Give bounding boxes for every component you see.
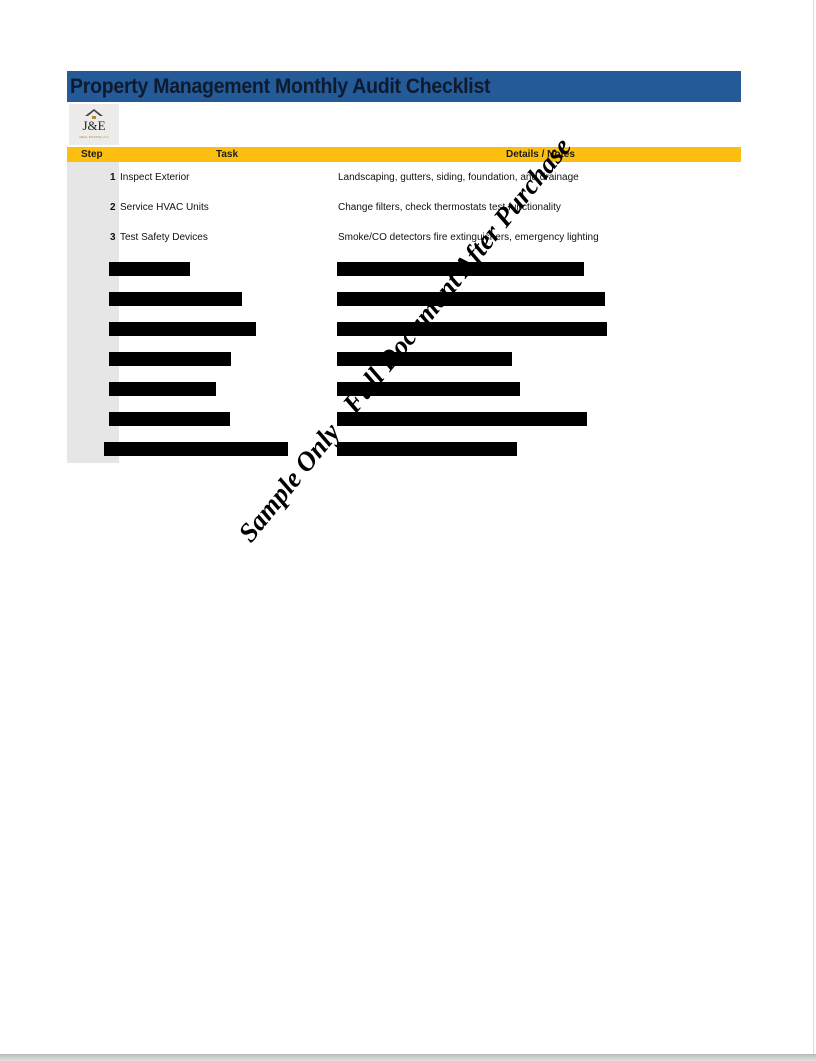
redacted-task [104, 442, 288, 456]
redacted-details [337, 262, 584, 276]
logo-brand: J&E [69, 118, 119, 134]
task-name: Test Safety Devices [120, 232, 208, 243]
table-header: Step Task Details / Notes [67, 147, 741, 162]
redacted-task [109, 262, 190, 276]
step-number: 1 [110, 172, 116, 183]
table-row: 1 Inspect Exterior Landscaping, gutters,… [0, 172, 816, 186]
task-name: Service HVAC Units [120, 202, 209, 213]
header-step: Step [81, 149, 103, 160]
redacted-task [109, 292, 242, 306]
redacted-details [337, 352, 512, 366]
sample-watermark: Sample Only - Full Document After Purcha… [232, 132, 577, 548]
task-details: Change filters, check thermostats test f… [338, 202, 561, 213]
company-logo: J&E REAL ESTATE LLC [69, 104, 119, 145]
redacted-task [109, 322, 256, 336]
task-details: Smoke/CO detectors fire extinguishers, e… [338, 232, 599, 243]
header-task: Task [216, 149, 238, 160]
redacted-details [337, 412, 587, 426]
redacted-task [109, 352, 231, 366]
redacted-task [109, 382, 216, 396]
step-number: 2 [110, 202, 116, 213]
redacted-task [109, 412, 230, 426]
redacted-details [337, 322, 607, 336]
header-details: Details / Notes [506, 149, 575, 160]
document-title: Property Management Monthly Audit Checkl… [70, 75, 490, 99]
redacted-details [337, 382, 520, 396]
task-name: Inspect Exterior [120, 172, 189, 183]
page-edge [813, 0, 814, 1054]
table-row: 3 Test Safety Devices Smoke/CO detectors… [0, 232, 816, 246]
table-row: 2 Service HVAC Units Change filters, che… [0, 202, 816, 216]
step-number: 3 [110, 232, 116, 243]
title-bar: Property Management Monthly Audit Checkl… [67, 71, 741, 102]
page-bottom-shadow [0, 1054, 816, 1061]
house-roof-icon [85, 109, 103, 116]
task-details: Landscaping, gutters, siding, foundation… [338, 172, 579, 183]
redacted-details [337, 292, 605, 306]
redacted-details [337, 442, 517, 456]
logo-subtitle: REAL ESTATE LLC [69, 135, 119, 139]
